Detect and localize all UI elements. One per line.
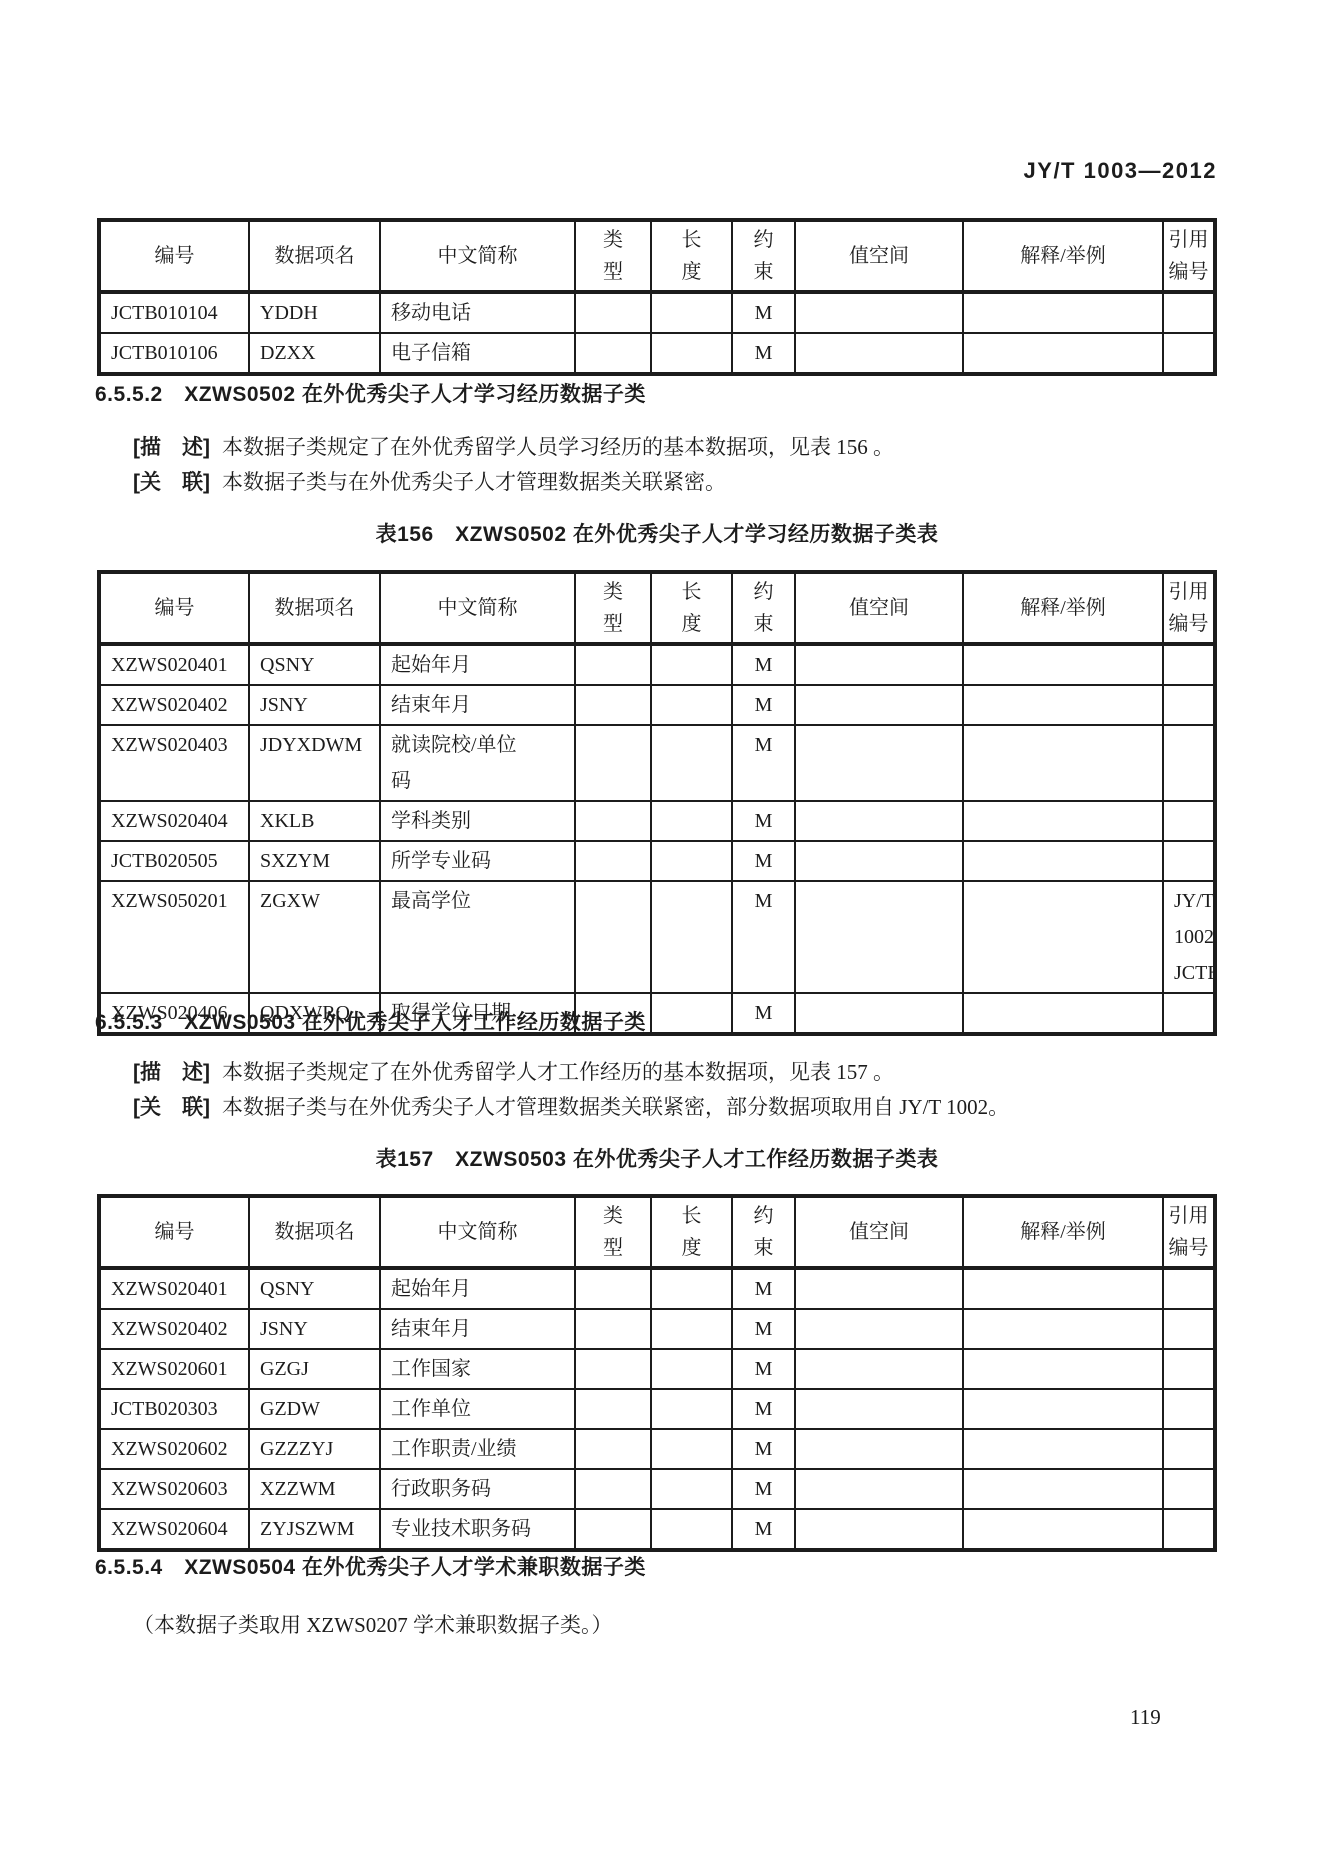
cell-type [575, 644, 651, 685]
cell-constraint: M [732, 1469, 795, 1509]
cell-type [575, 1268, 651, 1309]
cell-explanation [963, 1309, 1163, 1349]
cell-ref-id [1163, 1268, 1215, 1309]
table-row: JCTB020303GZDW工作单位M [99, 1389, 1215, 1429]
table-156-caption: 表156 XZWS0502 在外优秀尖子人才学习经历数据子类表 [97, 518, 1217, 548]
table-row: XZWS020601GZGJ工作国家M [99, 1349, 1215, 1389]
cell-cn-name: 最高学位 [380, 881, 575, 993]
column-header-type: 类 型 [575, 220, 651, 292]
cell-id: JCTB010104 [99, 292, 249, 333]
cell-type [575, 1349, 651, 1389]
cell-type [575, 801, 651, 841]
description-text: 本数据子类规定了在外优秀留学人员学习经历的基本数据项，见表 156 。 [222, 435, 894, 459]
cell-constraint: M [732, 841, 795, 881]
description-paragraph: [描 述]本数据子类规定了在外优秀留学人员学习经历的基本数据项，见表 156 。 [95, 430, 1225, 465]
cell-item-name: JSNY [249, 1309, 380, 1349]
column-header-constraint: 约 束 [732, 220, 795, 292]
cell-cn-name: 专业技术职务码 [380, 1509, 575, 1550]
relation-paragraph: [关 联]本数据子类与在外优秀尖子人才管理数据类关联紧密。 [95, 465, 1225, 500]
cell-id: XZWS020401 [99, 1268, 249, 1309]
cell-type [575, 292, 651, 333]
cell-length [651, 1389, 732, 1429]
cell-explanation [963, 1268, 1163, 1309]
table-157-caption: 表157 XZWS0503 在外优秀尖子人才工作经历数据子类表 [97, 1143, 1217, 1173]
cell-ref-id [1163, 292, 1215, 333]
cell-constraint: M [732, 1509, 795, 1550]
column-header-constraint: 约 束 [732, 572, 795, 644]
cell-type [575, 1389, 651, 1429]
cell-length [651, 1268, 732, 1309]
cell-id: XZWS020604 [99, 1509, 249, 1550]
cell-constraint: M [732, 1268, 795, 1309]
relation-label: [关 联] [133, 471, 210, 494]
cell-value-space [795, 1429, 963, 1469]
section-heading-6-5-5-2: 6.5.5.2 XZWS0502 在外优秀尖子人才学习经历数据子类 [95, 378, 1225, 408]
table-row: JCTB010106DZXX电子信箱M [99, 333, 1215, 374]
cell-item-name: QSNY [249, 644, 380, 685]
column-header-cn-name: 中文简称 [380, 572, 575, 644]
cell-ref-id [1163, 1469, 1215, 1509]
cell-item-name: JDYXDWM [249, 725, 380, 801]
cell-cn-name: 工作职责/业绩 [380, 1429, 575, 1469]
table-157: 编号数据项名中文简称类 型长 度约 束值空间解释/举例引用编号XZWS02040… [97, 1194, 1217, 1552]
cell-value-space [795, 1389, 963, 1429]
cell-type [575, 1469, 651, 1509]
cell-value-space [795, 725, 963, 801]
cell-item-name: JSNY [249, 685, 380, 725]
cell-explanation [963, 644, 1163, 685]
table-row: XZWS020402JSNY结束年月M [99, 1309, 1215, 1349]
cell-id: XZWS050201 [99, 881, 249, 993]
table-row: XZWS020401QSNY起始年月M [99, 644, 1215, 685]
cell-id: XZWS020602 [99, 1429, 249, 1469]
cell-cn-name: 结束年月 [380, 1309, 575, 1349]
description-text: 本数据子类规定了在外优秀留学人才工作经历的基本数据项，见表 157 。 [222, 1060, 894, 1084]
cell-cn-name: 起始年月 [380, 1268, 575, 1309]
cell-value-space [795, 841, 963, 881]
cell-ref-id [1163, 1309, 1215, 1349]
table-row: XZWS020402JSNY结束年月M [99, 685, 1215, 725]
cell-constraint: M [732, 1429, 795, 1469]
cell-length [651, 841, 732, 881]
section-heading-6-5-5-3: 6.5.5.3 XZWS0503 在外优秀尖子人才工作经历数据子类 [95, 1006, 1225, 1036]
cell-cn-name: 电子信箱 [380, 333, 575, 374]
data-items-table-continuation: 编号数据项名中文简称类 型长 度约 束值空间解释/举例引用编号JCTB01010… [97, 218, 1217, 376]
section-6-5-5-2-paragraphs: [描 述]本数据子类规定了在外优秀留学人员学习经历的基本数据项，见表 156 。… [95, 430, 1225, 500]
cell-type [575, 333, 651, 374]
cell-id: XZWS020404 [99, 801, 249, 841]
table-156: 编号数据项名中文简称类 型长 度约 束值空间解释/举例引用编号XZWS02040… [97, 570, 1217, 1036]
cell-value-space [795, 1509, 963, 1550]
description-label: [描 述] [133, 1061, 210, 1084]
cell-length [651, 1429, 732, 1469]
cell-constraint: M [732, 1349, 795, 1389]
cell-explanation [963, 292, 1163, 333]
relation-label: [关 联] [133, 1096, 210, 1119]
relation-text: 本数据子类与在外优秀尖子人才管理数据类关联紧密，部分数据项取用自 JY/T 10… [222, 1095, 1009, 1119]
cell-ref-id [1163, 801, 1215, 841]
cell-ref-id [1163, 725, 1215, 801]
cell-ref-id [1163, 1389, 1215, 1429]
cell-value-space [795, 801, 963, 841]
cell-cn-name: 工作单位 [380, 1389, 575, 1429]
cell-length [651, 801, 732, 841]
cell-type [575, 1429, 651, 1469]
column-header-ref-id: 引用编号 [1163, 572, 1215, 644]
cell-constraint: M [732, 801, 795, 841]
column-header-cn-name: 中文简称 [380, 220, 575, 292]
cell-type [575, 1309, 651, 1349]
cell-constraint: M [732, 685, 795, 725]
column-header-ref-id: 引用编号 [1163, 220, 1215, 292]
section-6-5-5-4-note-block: （本数据子类取用 XZWS0207 学术兼职数据子类。） [95, 1608, 1225, 1643]
cell-explanation [963, 685, 1163, 725]
cell-explanation [963, 841, 1163, 881]
cell-item-name: ZGXW [249, 881, 380, 993]
cell-length [651, 685, 732, 725]
table-row: XZWS020403JDYXDWM就读院校/单位 码M [99, 725, 1215, 801]
cell-item-name: GZZZYJ [249, 1429, 380, 1469]
column-header-length: 长 度 [651, 572, 732, 644]
section-6-5-5-3-paragraphs: [描 述]本数据子类规定了在外优秀留学人才工作经历的基本数据项，见表 157 。… [95, 1055, 1225, 1125]
column-header-item-name: 数据项名 [249, 220, 380, 292]
cell-cn-name: 移动电话 [380, 292, 575, 333]
column-header-id: 编号 [99, 572, 249, 644]
column-header-constraint: 约 束 [732, 1196, 795, 1268]
cell-ref-id [1163, 644, 1215, 685]
cell-id: JCTB010106 [99, 333, 249, 374]
cell-cn-name: 学科类别 [380, 801, 575, 841]
page-number: 119 [1130, 1705, 1161, 1730]
table-row: XZWS020401QSNY起始年月M [99, 1268, 1215, 1309]
cell-id: XZWS020401 [99, 644, 249, 685]
cell-item-name: YDDH [249, 292, 380, 333]
column-header-length: 长 度 [651, 220, 732, 292]
cell-value-space [795, 881, 963, 993]
cell-cn-name: 所学专业码 [380, 841, 575, 881]
column-header-explanation: 解释/举例 [963, 1196, 1163, 1268]
column-header-value-space: 值空间 [795, 572, 963, 644]
cell-id: XZWS020402 [99, 1309, 249, 1349]
cell-ref-id [1163, 1349, 1215, 1389]
cell-ref-id [1163, 1429, 1215, 1469]
cell-ref-id [1163, 841, 1215, 881]
column-header-cn-name: 中文简称 [380, 1196, 575, 1268]
cell-id: XZWS020403 [99, 725, 249, 801]
document-page: JY/T 1003—2012 编号数据项名中文简称类 型长 度约 束值空间解释/… [0, 0, 1323, 1871]
cell-explanation [963, 1389, 1163, 1429]
cell-length [651, 644, 732, 685]
cell-value-space [795, 685, 963, 725]
cell-constraint: M [732, 1389, 795, 1429]
cell-value-space [795, 1268, 963, 1309]
cell-length [651, 1349, 732, 1389]
cell-item-name: XKLB [249, 801, 380, 841]
cell-length [651, 292, 732, 333]
table-row: XZWS020602GZZZYJ工作职责/业绩M [99, 1429, 1215, 1469]
cell-constraint: M [732, 644, 795, 685]
cell-constraint: M [732, 333, 795, 374]
table-row: XZWS020404XKLB学科类别M [99, 801, 1215, 841]
table-row: XZWS050201ZGXW最高学位MJY/T 1002 JCTB020509 [99, 881, 1215, 993]
cell-constraint: M [732, 881, 795, 993]
cell-length [651, 725, 732, 801]
cell-explanation [963, 1469, 1163, 1509]
cell-item-name: GZDW [249, 1389, 380, 1429]
column-header-value-space: 值空间 [795, 1196, 963, 1268]
cell-type [575, 725, 651, 801]
column-header-id: 编号 [99, 1196, 249, 1268]
column-header-type: 类 型 [575, 1196, 651, 1268]
column-header-value-space: 值空间 [795, 220, 963, 292]
cell-value-space [795, 1309, 963, 1349]
table-row: XZWS020604ZYJSZWM专业技术职务码M [99, 1509, 1215, 1550]
cell-ref-id: JY/T 1002 JCTB020509 [1163, 881, 1215, 993]
cell-explanation [963, 725, 1163, 801]
section-heading-6-5-5-4: 6.5.5.4 XZWS0504 在外优秀尖子人才学术兼职数据子类 [95, 1551, 1225, 1581]
cell-cn-name: 就读院校/单位 码 [380, 725, 575, 801]
cell-length [651, 881, 732, 993]
cell-value-space [795, 333, 963, 374]
cell-length [651, 1509, 732, 1550]
description-paragraph: [描 述]本数据子类规定了在外优秀留学人才工作经历的基本数据项，见表 157 。 [95, 1055, 1225, 1090]
relation-text: 本数据子类与在外优秀尖子人才管理数据类关联紧密。 [222, 470, 726, 494]
cell-ref-id [1163, 685, 1215, 725]
cell-explanation [963, 1429, 1163, 1469]
cell-type [575, 841, 651, 881]
column-header-explanation: 解释/举例 [963, 220, 1163, 292]
cell-id: JCTB020505 [99, 841, 249, 881]
cell-value-space [795, 644, 963, 685]
cell-explanation [963, 801, 1163, 841]
cell-explanation [963, 1349, 1163, 1389]
cell-id: XZWS020601 [99, 1349, 249, 1389]
standard-number: JY/T 1003—2012 [1024, 158, 1217, 184]
cell-value-space [795, 1469, 963, 1509]
cell-constraint: M [732, 292, 795, 333]
cell-length [651, 333, 732, 374]
column-header-type: 类 型 [575, 572, 651, 644]
cell-id: XZWS020402 [99, 685, 249, 725]
closing-note: （本数据子类取用 XZWS0207 学术兼职数据子类。） [95, 1608, 1225, 1643]
cell-cn-name: 结束年月 [380, 685, 575, 725]
table-row: JCTB010104YDDH移动电话M [99, 292, 1215, 333]
cell-value-space [795, 1349, 963, 1389]
relation-paragraph: [关 联]本数据子类与在外优秀尖子人才管理数据类关联紧密，部分数据项取用自 JY… [95, 1090, 1225, 1125]
column-header-ref-id: 引用编号 [1163, 1196, 1215, 1268]
cell-item-name: GZGJ [249, 1349, 380, 1389]
cell-item-name: SXZYM [249, 841, 380, 881]
cell-length [651, 1309, 732, 1349]
cell-item-name: XZZWM [249, 1469, 380, 1509]
cell-explanation [963, 333, 1163, 374]
cell-explanation [963, 881, 1163, 993]
cell-length [651, 1469, 732, 1509]
cell-id: JCTB020303 [99, 1389, 249, 1429]
cell-id: XZWS020603 [99, 1469, 249, 1509]
table-row: XZWS020603XZZWM行政职务码M [99, 1469, 1215, 1509]
cell-cn-name: 起始年月 [380, 644, 575, 685]
column-header-explanation: 解释/举例 [963, 572, 1163, 644]
column-header-item-name: 数据项名 [249, 1196, 380, 1268]
cell-type [575, 881, 651, 993]
column-header-length: 长 度 [651, 1196, 732, 1268]
cell-ref-id [1163, 333, 1215, 374]
cell-constraint: M [732, 725, 795, 801]
cell-value-space [795, 292, 963, 333]
column-header-item-name: 数据项名 [249, 572, 380, 644]
cell-item-name: QSNY [249, 1268, 380, 1309]
cell-item-name: ZYJSZWM [249, 1509, 380, 1550]
cell-cn-name: 行政职务码 [380, 1469, 575, 1509]
cell-explanation [963, 1509, 1163, 1550]
cell-ref-id [1163, 1509, 1215, 1550]
cell-cn-name: 工作国家 [380, 1349, 575, 1389]
column-header-id: 编号 [99, 220, 249, 292]
cell-item-name: DZXX [249, 333, 380, 374]
cell-constraint: M [732, 1309, 795, 1349]
cell-type [575, 1509, 651, 1550]
cell-type [575, 685, 651, 725]
table-row: JCTB020505SXZYM所学专业码M [99, 841, 1215, 881]
description-label: [描 述] [133, 436, 210, 459]
